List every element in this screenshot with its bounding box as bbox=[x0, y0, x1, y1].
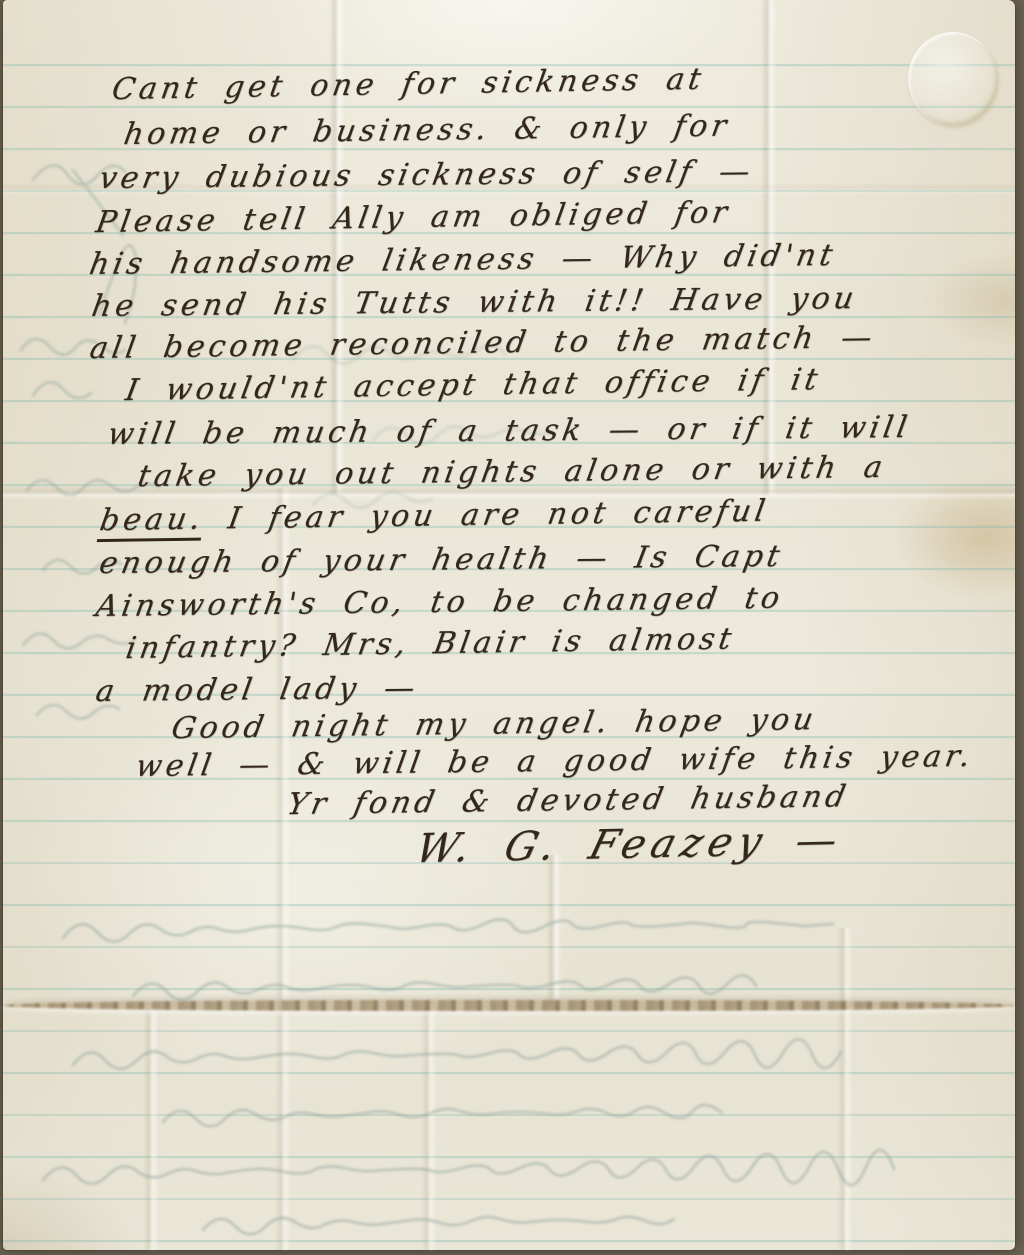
letter-line: will be much of a task — or if it will bbox=[105, 410, 913, 452]
letter-signature: W. G. Feazey — bbox=[411, 817, 849, 872]
letter-paper: Cant get one for sickness at home or bus… bbox=[3, 0, 1015, 1250]
letter-line: very dubious sickness of self — bbox=[97, 154, 757, 196]
underlined-word: beau. bbox=[97, 502, 207, 543]
letter-line: a model lady — bbox=[93, 671, 421, 709]
letter-line: enough of your health — Is Capt bbox=[97, 539, 787, 581]
embossed-seal-icon bbox=[908, 32, 998, 126]
scanned-letter-page: Cant get one for sickness at home or bus… bbox=[0, 0, 1024, 1255]
soiled-fold-line bbox=[3, 1000, 1015, 1011]
